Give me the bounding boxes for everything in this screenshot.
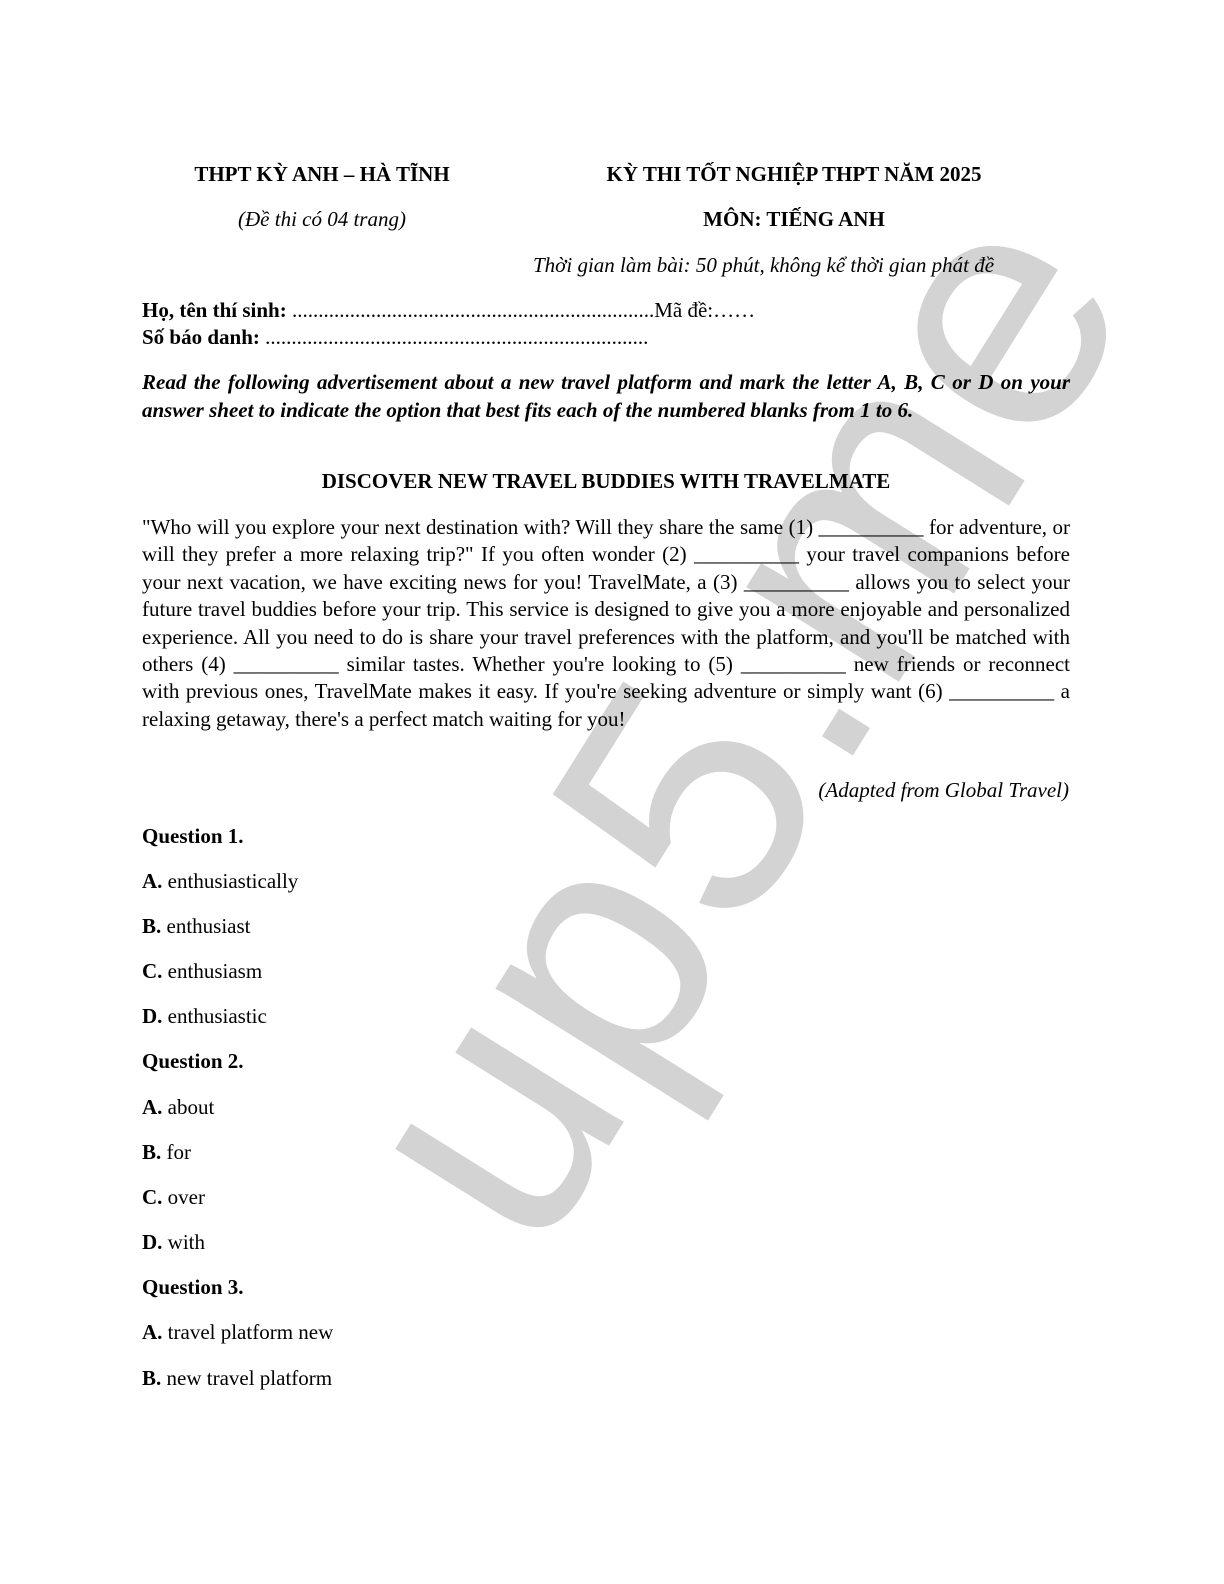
- option-text: about: [168, 1095, 215, 1119]
- exam-code-label: Mã đề:……: [654, 298, 755, 322]
- option-text: travel platform new: [168, 1320, 334, 1344]
- option-letter: D.: [142, 1004, 162, 1028]
- question-1-title: Question 1.: [142, 824, 244, 849]
- passage-source: (Adapted from Global Travel): [818, 778, 1069, 803]
- candidate-name-line: Họ, tên thí sinh: ......................…: [142, 298, 755, 323]
- option-text: enthusiast: [167, 914, 251, 938]
- option-letter: B.: [142, 1140, 161, 1164]
- question-3-option-b[interactable]: B. new travel platform: [142, 1366, 332, 1391]
- option-text: enthusiastic: [168, 1004, 267, 1028]
- option-letter: C.: [142, 959, 162, 983]
- option-text: new travel platform: [167, 1366, 333, 1390]
- candidate-id-field[interactable]: ........................................…: [260, 325, 649, 349]
- candidate-id-line: Số báo danh: ...........................…: [142, 325, 648, 350]
- school-name: THPT KỲ ANH – HÀ TĨNH: [142, 162, 502, 187]
- question-1-option-c[interactable]: C. enthusiasm: [142, 959, 262, 984]
- option-text: with: [168, 1230, 205, 1254]
- candidate-name-label: Họ, tên thí sinh:: [142, 298, 287, 322]
- question-1-option-a[interactable]: A. enthusiastically: [142, 869, 298, 894]
- exam-page: up5.me THPT KỲ ANH – HÀ TĨNH (Đề thi có …: [0, 0, 1224, 1584]
- option-letter: C.: [142, 1185, 162, 1209]
- candidate-id-label: Số báo danh:: [142, 325, 260, 349]
- option-letter: A.: [142, 1095, 162, 1119]
- option-letter: A.: [142, 869, 162, 893]
- option-letter: B.: [142, 914, 161, 938]
- exam-title: KỲ THI TỐT NGHIỆP THPT NĂM 2025: [494, 162, 1094, 187]
- question-2-option-a[interactable]: A. about: [142, 1095, 214, 1120]
- passage-text: "Who will you explore your next destinat…: [142, 514, 1070, 733]
- question-3-option-a[interactable]: A. travel platform new: [142, 1320, 333, 1345]
- instructions: Read the following advertisement about a…: [142, 369, 1070, 424]
- time-note: Thời gian làm bài: 50 phút, không kể thờ…: [533, 253, 994, 278]
- question-2-title: Question 2.: [142, 1049, 244, 1074]
- question-2-option-b[interactable]: B. for: [142, 1140, 191, 1165]
- question-3-title: Question 3.: [142, 1275, 244, 1300]
- option-text: over: [168, 1185, 205, 1209]
- option-text: for: [167, 1140, 192, 1164]
- page-count-note: (Đề thi có 04 trang): [142, 207, 502, 232]
- subject-title: MÔN: TIẾNG ANH: [494, 207, 1094, 232]
- option-letter: B.: [142, 1366, 161, 1390]
- candidate-name-field[interactable]: ........................................…: [287, 298, 655, 322]
- option-text: enthusiastically: [168, 869, 299, 893]
- question-1-option-d[interactable]: D. enthusiastic: [142, 1004, 267, 1029]
- question-1-option-b[interactable]: B. enthusiast: [142, 914, 251, 939]
- question-2-option-d[interactable]: D. with: [142, 1230, 205, 1255]
- option-letter: D.: [142, 1230, 162, 1254]
- option-letter: A.: [142, 1320, 162, 1344]
- question-2-option-c[interactable]: C. over: [142, 1185, 205, 1210]
- passage-title: DISCOVER NEW TRAVEL BUDDIES WITH TRAVELM…: [142, 469, 1070, 494]
- option-text: enthusiasm: [168, 959, 263, 983]
